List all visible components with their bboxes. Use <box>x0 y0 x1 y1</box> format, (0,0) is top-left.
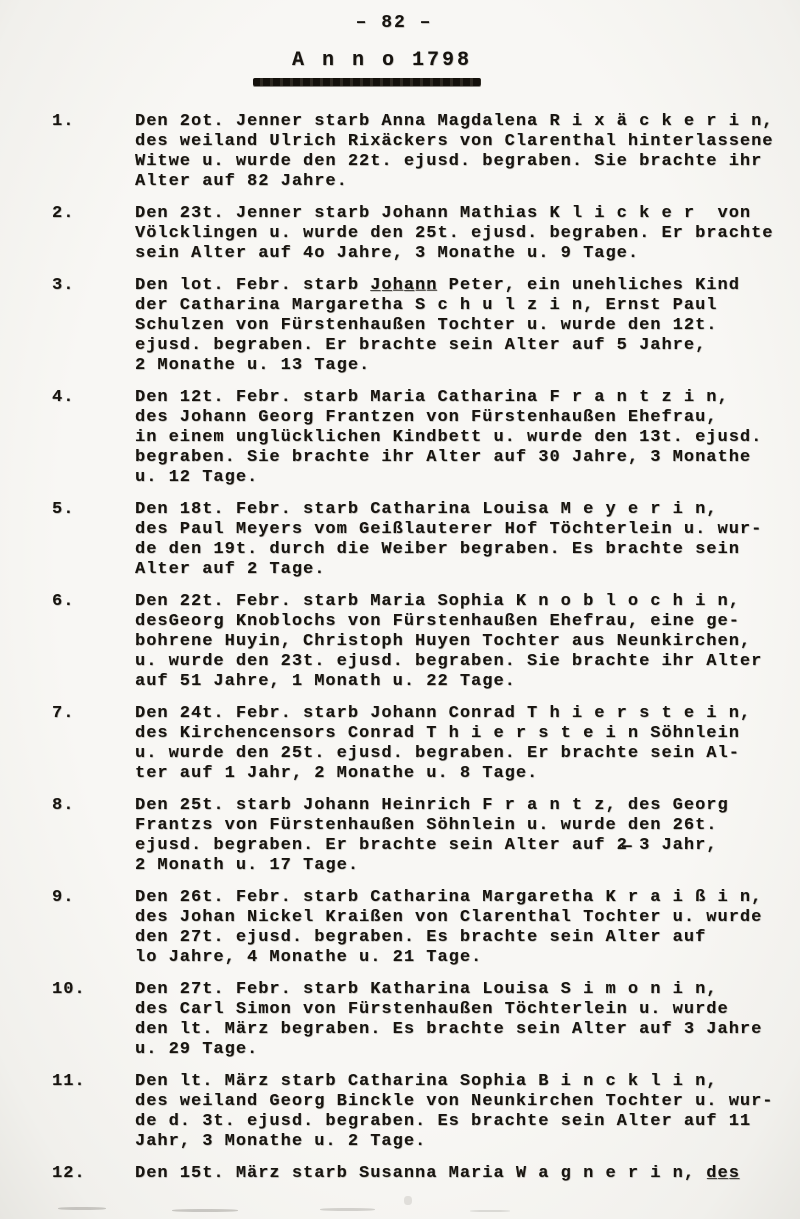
entry-number: 12. <box>52 1164 135 1184</box>
entry-number: 5. <box>52 500 135 520</box>
entry: 5. Den 18t. Febr. starb Catharina Louisa… <box>52 500 800 580</box>
entry-text: Den 22t. Febr. starb Maria Sophia K n o … <box>135 592 780 692</box>
entry: 3. Den lot. Febr. starb J̲o̲h̲a̲n̲n̲ Pet… <box>52 276 800 376</box>
entry-text: Den lt. März starb Catharina Sophia B i … <box>135 1072 780 1152</box>
entry-number: 3. <box>52 276 135 296</box>
entry-number: 8. <box>52 796 135 816</box>
entry: 7. Den 24t. Febr. starb Johann Conrad T … <box>52 704 800 784</box>
page-number: – 82 – <box>0 13 794 33</box>
entry: 6. Den 22t. Febr. starb Maria Sophia K n… <box>52 592 800 692</box>
entry: 10. Den 27t. Febr. starb Katharina Louis… <box>52 980 800 1060</box>
entry-text: Den 26t. Febr. starb Catharina Margareth… <box>135 888 780 968</box>
entry: 9. Den 26t. Febr. starb Catharina Margar… <box>52 888 800 968</box>
scan-smudge <box>470 1210 510 1212</box>
entry-text: Den 27t. Febr. starb Katharina Louisa S … <box>135 980 780 1060</box>
entry: 1. Den 2ot. Jenner starb Anna Magdalena … <box>52 112 800 192</box>
entry-number: 6. <box>52 592 135 612</box>
entry: 4. Den 12t. Febr. starb Maria Catharina … <box>52 388 800 488</box>
scan-smudge <box>320 1208 375 1211</box>
entry-number: 4. <box>52 388 135 408</box>
title-underline <box>253 78 481 86</box>
scanned-register-page: – 82 – A n n o 1798 1. Den 2ot. Jenner s… <box>0 0 800 1219</box>
entry-text: Den lot. Febr. starb J̲o̲h̲a̲n̲n̲ Peter,… <box>135 276 780 376</box>
entry: 8. Den 25t. starb Johann Heinrich F r a … <box>52 796 800 876</box>
register-entries: 1. Den 2ot. Jenner starb Anna Magdalena … <box>0 86 800 1184</box>
entry: 11. Den lt. März starb Catharina Sophia … <box>52 1072 800 1152</box>
entry-text: Den 2ot. Jenner starb Anna Magdalena R i… <box>135 112 780 192</box>
entry-number: 11. <box>52 1072 135 1092</box>
entry-text: Den 15t. März starb Susanna Maria W a g … <box>135 1164 780 1184</box>
entry-number: 10. <box>52 980 135 1000</box>
entry-number: 9. <box>52 888 135 908</box>
entry: 2. Den 23t. Jenner starb Johann Mathias … <box>52 204 800 264</box>
entry-text: Den 18t. Febr. starb Catharina Louisa M … <box>135 500 780 580</box>
scan-smudge <box>58 1207 106 1210</box>
entry-number: 2. <box>52 204 135 224</box>
entry-text: Den 12t. Febr. starb Maria Catharina F r… <box>135 388 780 488</box>
entry: 12. Den 15t. März starb Susanna Maria W … <box>52 1164 800 1184</box>
entry-number: 1. <box>52 112 135 132</box>
scan-smudge <box>172 1209 238 1212</box>
entry-text: Den 25t. starb Johann Heinrich F r a n t… <box>135 796 780 876</box>
entry-number: 7. <box>52 704 135 724</box>
page-header: – 82 – A n n o 1798 <box>0 0 800 86</box>
scan-smudge <box>404 1196 412 1205</box>
entry-text: Den 23t. Jenner starb Johann Mathias K l… <box>135 204 780 264</box>
entry-text: Den 24t. Febr. starb Johann Conrad T h i… <box>135 704 780 784</box>
page-title: A n n o 1798 <box>0 49 782 72</box>
